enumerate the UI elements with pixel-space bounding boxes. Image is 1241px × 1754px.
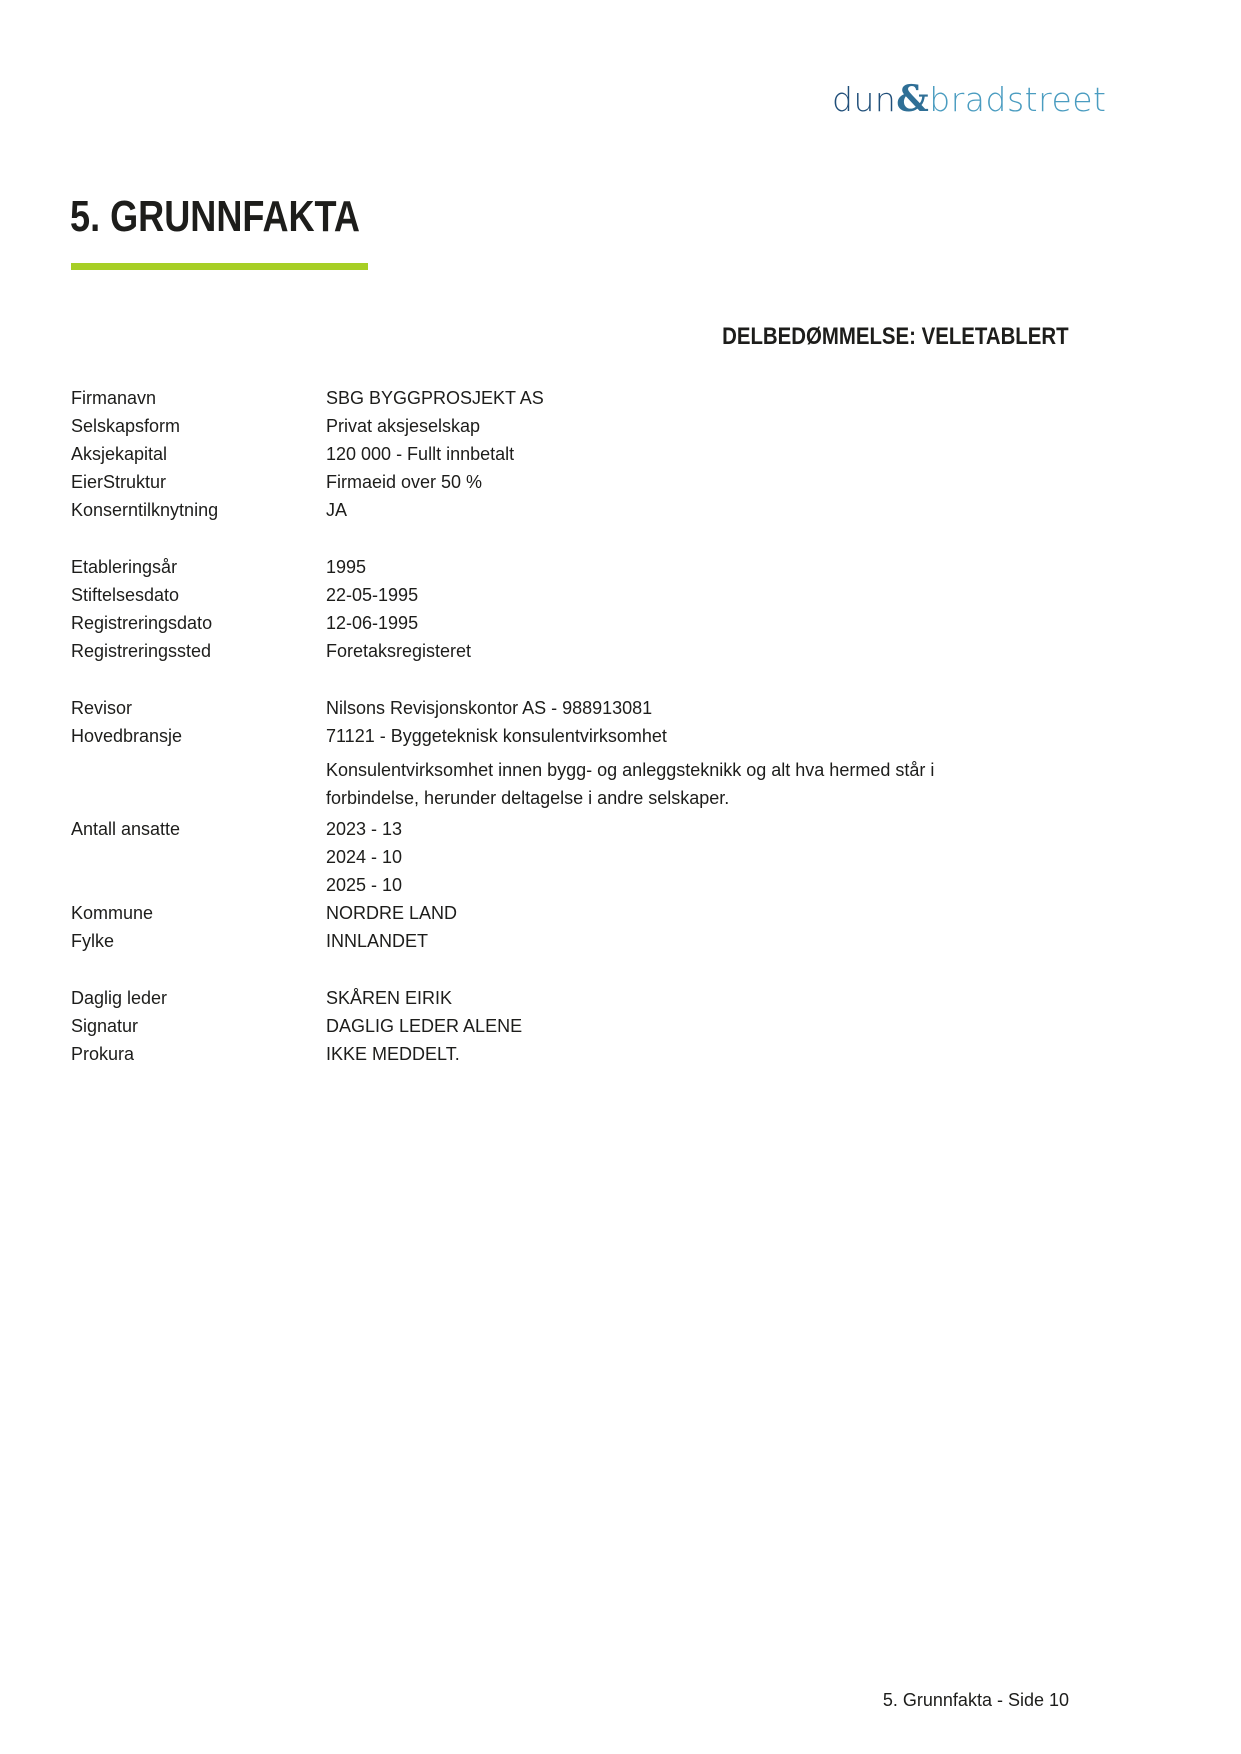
fact-label: Daglig leder	[71, 984, 326, 1012]
fact-label: Firmanavn	[71, 384, 326, 412]
page-title: 5. GRUNNFAKTA	[70, 192, 360, 242]
title-accent-bar	[71, 263, 368, 270]
logo-dun: dun	[832, 80, 896, 119]
group-spacer	[71, 955, 991, 984]
fact-value: 2024 - 10	[326, 843, 991, 871]
fact-label	[71, 843, 326, 871]
fact-row: KommuneNORDRE LAND	[71, 899, 991, 927]
fact-label: Hovedbransje	[71, 722, 326, 750]
fact-label: Registreringssted	[71, 637, 326, 665]
fact-value: 1995	[326, 553, 991, 581]
fact-row: RevisorNilsons Revisjonskontor AS - 9889…	[71, 694, 991, 722]
fact-label: Fylke	[71, 927, 326, 955]
fact-label: Antall ansatte	[71, 815, 326, 843]
fact-value: Firmaeid over 50 %	[326, 468, 991, 496]
fact-value: IKKE MEDDELT.	[326, 1040, 991, 1068]
facts-table: FirmanavnSBG BYGGPROSJEKT ASSelskapsform…	[71, 384, 991, 1068]
fact-label: Konserntilknytning	[71, 496, 326, 524]
fact-label: Stiftelsesdato	[71, 581, 326, 609]
dun-bradstreet-logo: dun&bradstreet	[832, 78, 1107, 120]
fact-value: 2023 - 13	[326, 815, 991, 843]
fact-row: Stiftelsesdato22-05-1995	[71, 581, 991, 609]
fact-value: SKÅREN EIRIK	[326, 984, 991, 1012]
fact-row: ProkuraIKKE MEDDELT.	[71, 1040, 991, 1068]
fact-row: KonserntilknytningJA	[71, 496, 991, 524]
fact-value: 12-06-1995	[326, 609, 991, 637]
fact-value: SBG BYGGPROSJEKT AS	[326, 384, 991, 412]
fact-label	[71, 871, 326, 899]
fact-label: Signatur	[71, 1012, 326, 1040]
fact-row: Antall ansatte2023 - 13	[71, 815, 991, 843]
fact-value: NORDRE LAND	[326, 899, 991, 927]
section-rating: DELBEDØMMELSE: VELETABLERT	[723, 323, 1069, 351]
fact-value: DAGLIG LEDER ALENE	[326, 1012, 991, 1040]
fact-row: Registreringsdato12-06-1995	[71, 609, 991, 637]
fact-value: JA	[326, 496, 991, 524]
fact-label: EierStruktur	[71, 468, 326, 496]
fact-label: Etableringsår	[71, 553, 326, 581]
fact-row: EierStrukturFirmaeid over 50 %	[71, 468, 991, 496]
fact-value: 22-05-1995	[326, 581, 991, 609]
group-spacer	[71, 524, 991, 553]
fact-row: 2025 - 10	[71, 871, 991, 899]
fact-row: Aksjekapital120 000 - Fullt innbetalt	[71, 440, 991, 468]
fact-value: Foretaksregisteret	[326, 637, 991, 665]
fact-label: Aksjekapital	[71, 440, 326, 468]
fact-label: Revisor	[71, 694, 326, 722]
fact-label: Selskapsform	[71, 412, 326, 440]
fact-row: SignaturDAGLIG LEDER ALENE	[71, 1012, 991, 1040]
fact-value: Nilsons Revisjonskontor AS - 988913081	[326, 694, 991, 722]
fact-row: FylkeINNLANDET	[71, 927, 991, 955]
page-footer: 5. Grunnfakta - Side 10	[883, 1690, 1069, 1711]
fact-value: INNLANDET	[326, 927, 991, 955]
logo-bradstreet: bradstreet	[929, 80, 1106, 119]
group-spacer	[71, 665, 991, 694]
fact-row: SelskapsformPrivat aksjeselskap	[71, 412, 991, 440]
industry-description: Konsulentvirksomhet innen bygg- og anleg…	[326, 750, 986, 815]
fact-label: Kommune	[71, 899, 326, 927]
fact-row: Etableringsår1995	[71, 553, 991, 581]
fact-label: Prokura	[71, 1040, 326, 1068]
fact-row: FirmanavnSBG BYGGPROSJEKT AS	[71, 384, 991, 412]
fact-value: 2025 - 10	[326, 871, 991, 899]
fact-row: RegistreringsstedForetaksregisteret	[71, 637, 991, 665]
fact-row: Daglig lederSKÅREN EIRIK	[71, 984, 991, 1012]
logo-ampersand-icon: &	[896, 78, 929, 120]
fact-row: Hovedbransje71121 - Byggeteknisk konsule…	[71, 722, 991, 750]
fact-label: Registreringsdato	[71, 609, 326, 637]
fact-row: 2024 - 10	[71, 843, 991, 871]
fact-value: Privat aksjeselskap	[326, 412, 991, 440]
fact-value: 71121 - Byggeteknisk konsulentvirksomhet	[326, 722, 991, 750]
fact-value: 120 000 - Fullt innbetalt	[326, 440, 991, 468]
